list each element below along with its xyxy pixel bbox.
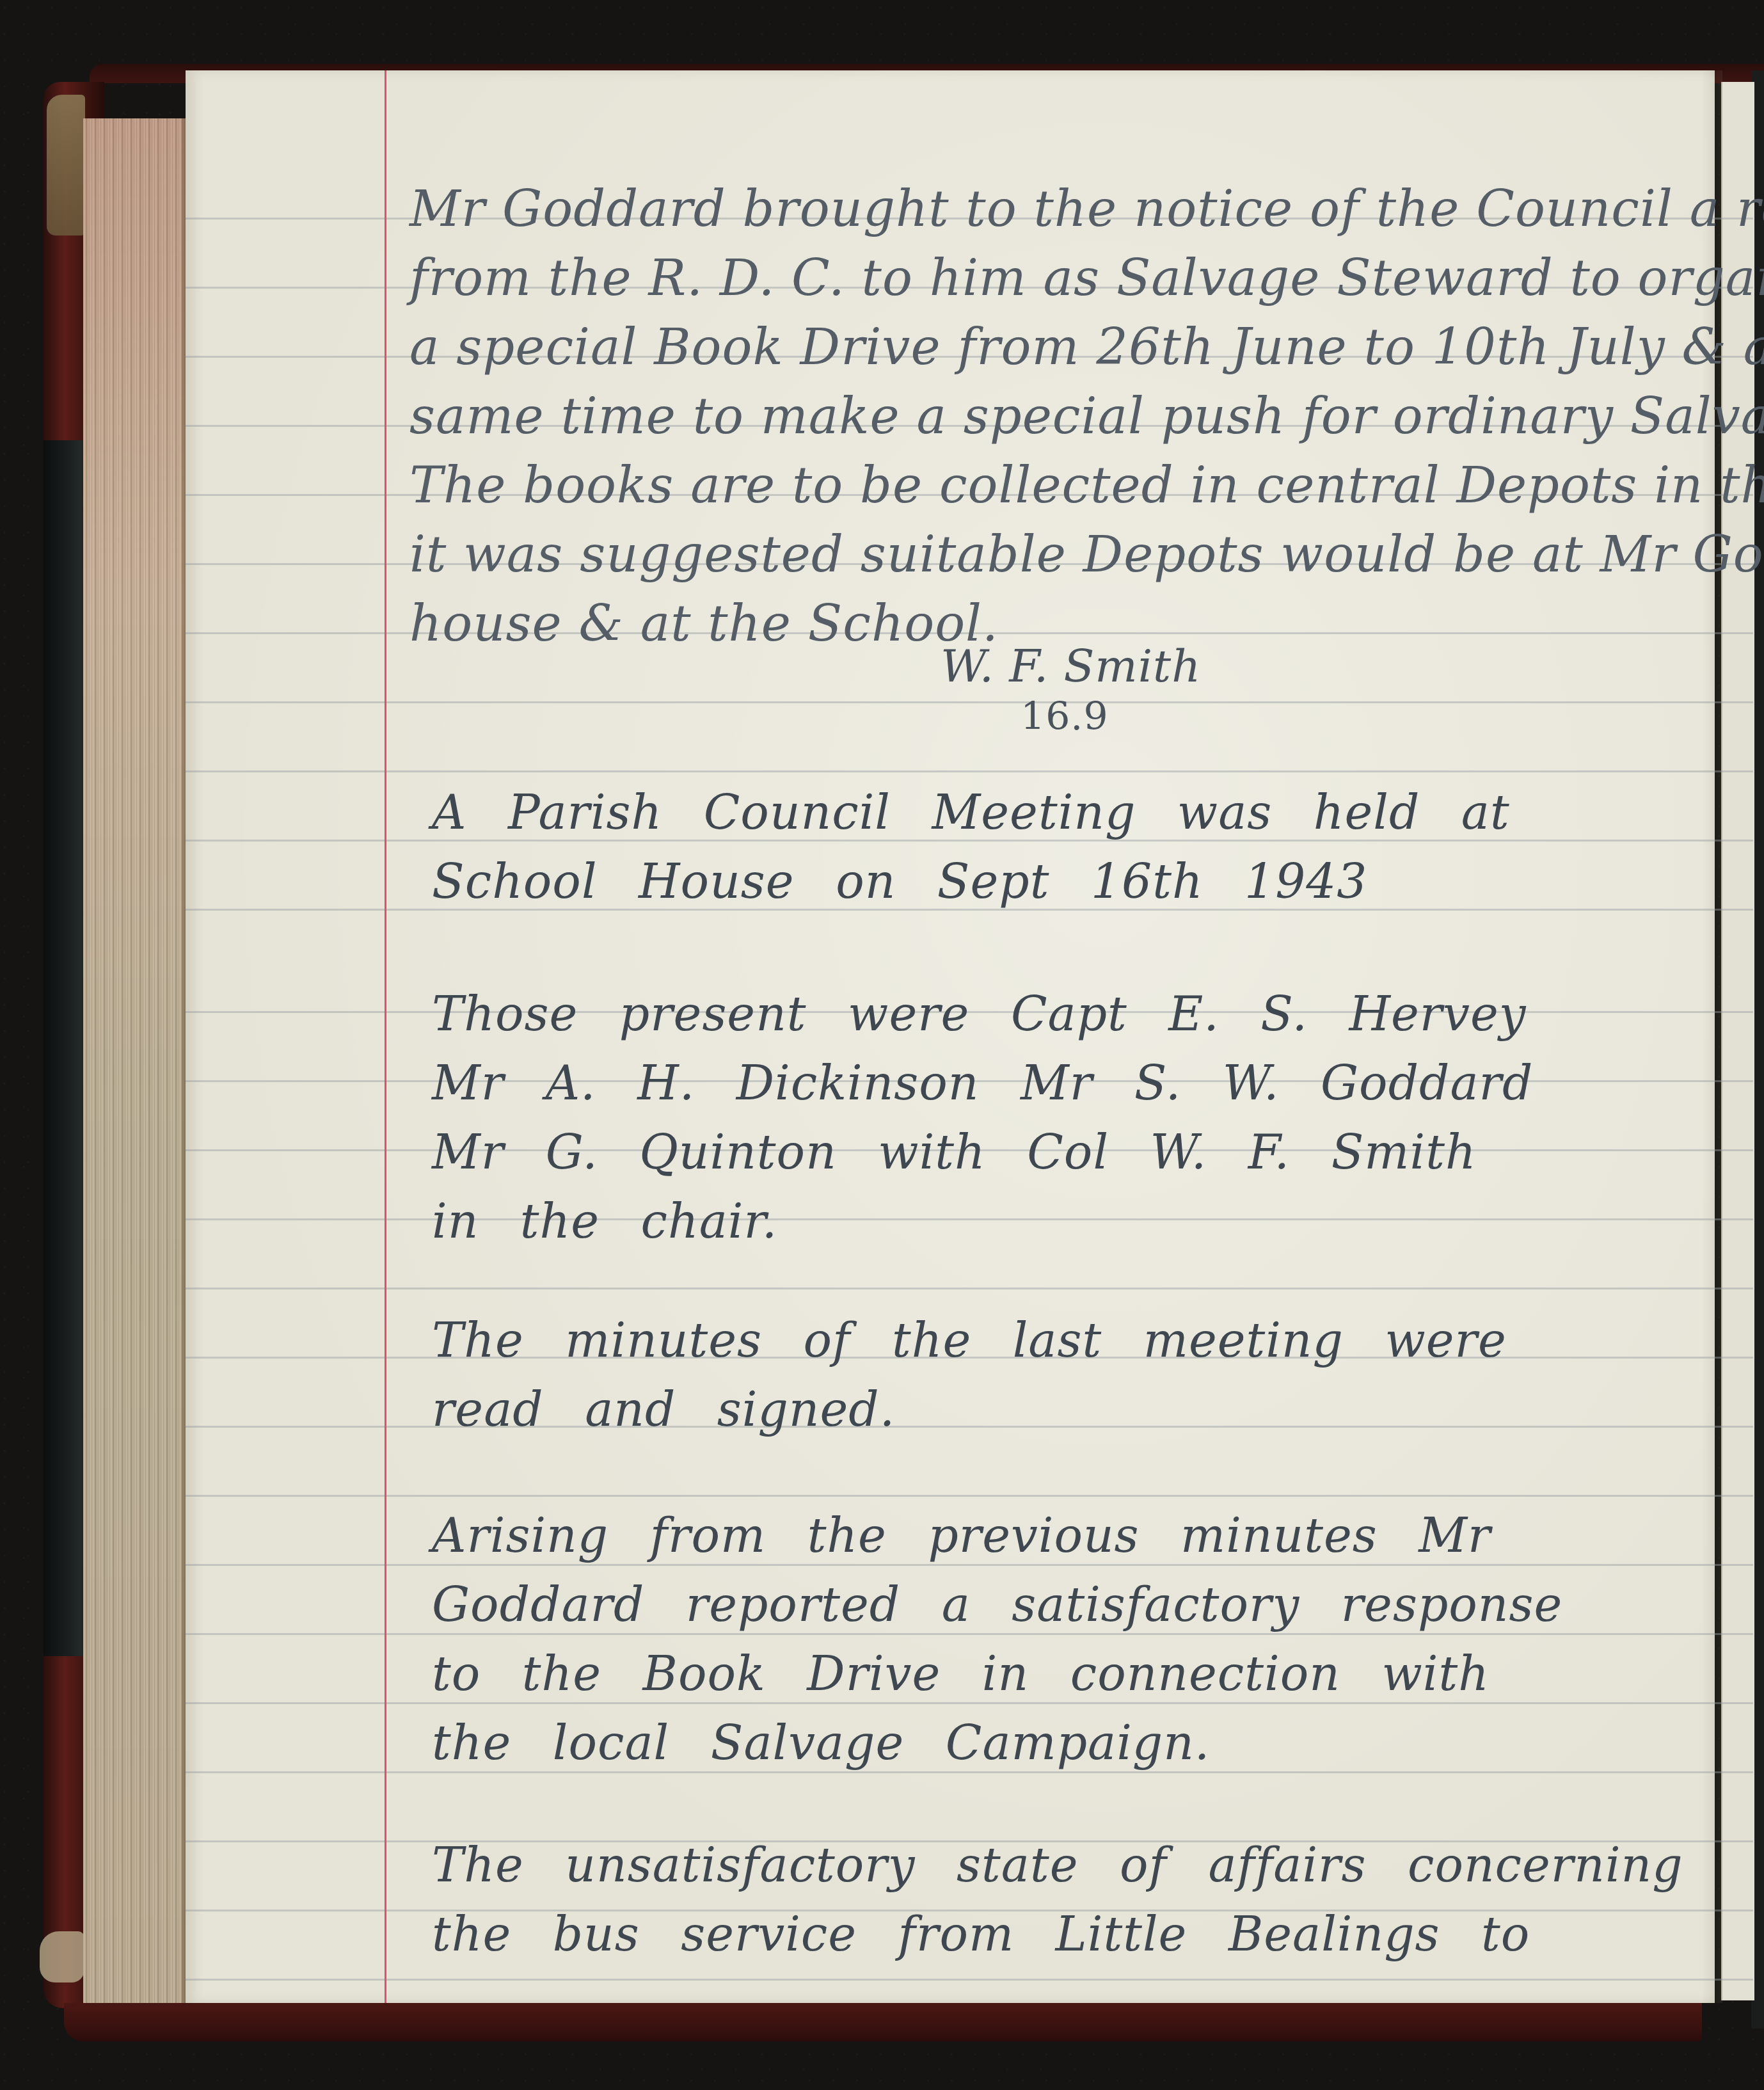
previous-entry-line: from the R. D. C. to him as Salvage Stew…: [409, 243, 1764, 314]
attendance-line: in the chair.: [432, 1186, 777, 1257]
matters-arising-line: Goddard reported a satisfactory response: [432, 1570, 1562, 1640]
ruled-line: [186, 1426, 1753, 1428]
worn-corner-bottom: [40, 1931, 84, 1982]
page-stack-fore-edge: [83, 118, 186, 2003]
bus-service-line: the bus service from Little Bealings to: [432, 1899, 1530, 1970]
previous-entry-line: a special Book Drive from 26th June to 1…: [409, 312, 1764, 383]
chairman-signature: W. F. Smith: [941, 640, 1201, 692]
signature-date: 16.9: [1021, 694, 1109, 739]
attendance-line: Those present were Capt E. S. Hervey: [432, 979, 1527, 1049]
previous-entry-line: The books are to be collected in central…: [409, 451, 1764, 521]
matters-arising-line: Arising from the previous minutes Mr: [432, 1501, 1491, 1571]
meeting-opening-line: A Parish Council Meeting was held at: [432, 778, 1510, 848]
minutes-line: The minutes of the last meeting were: [432, 1305, 1507, 1376]
ruled-line: [186, 770, 1753, 772]
red-margin-line: [385, 70, 386, 2003]
matters-arising-line: to the Book Drive in connection with: [432, 1639, 1490, 1709]
ruled-line: [186, 1218, 1753, 1220]
ruled-line: [186, 1288, 1753, 1289]
attendance-line: Mr G. Quinton with Col W. F. Smith: [432, 1117, 1477, 1188]
attendance-line: Mr A. H. Dickinson Mr S. W. Goddard: [432, 1048, 1533, 1119]
previous-entry-line: it was suggested suitable Depots would b…: [409, 520, 1764, 590]
ruled-line: [186, 1979, 1753, 1981]
matters-arising-line: the local Salvage Campaign.: [432, 1708, 1210, 1778]
previous-entry-line: house & at the School.: [409, 589, 999, 659]
minutes-line: read and signed.: [432, 1375, 895, 1445]
bus-service-line: The unsatisfactory state of affairs conc…: [432, 1830, 1683, 1901]
ruled-line: [186, 1495, 1753, 1497]
previous-entry-line: same time to make a special push for ord…: [409, 381, 1764, 452]
book-cover-bottom-edge: [64, 2003, 1702, 2041]
previous-entry-line: Mr Goddard brought to the notice of the …: [409, 174, 1764, 244]
worn-corner-top: [47, 95, 85, 235]
meeting-opening-line: School House on Sept 16th 1943: [432, 847, 1367, 917]
ruled-line: [186, 701, 1753, 703]
